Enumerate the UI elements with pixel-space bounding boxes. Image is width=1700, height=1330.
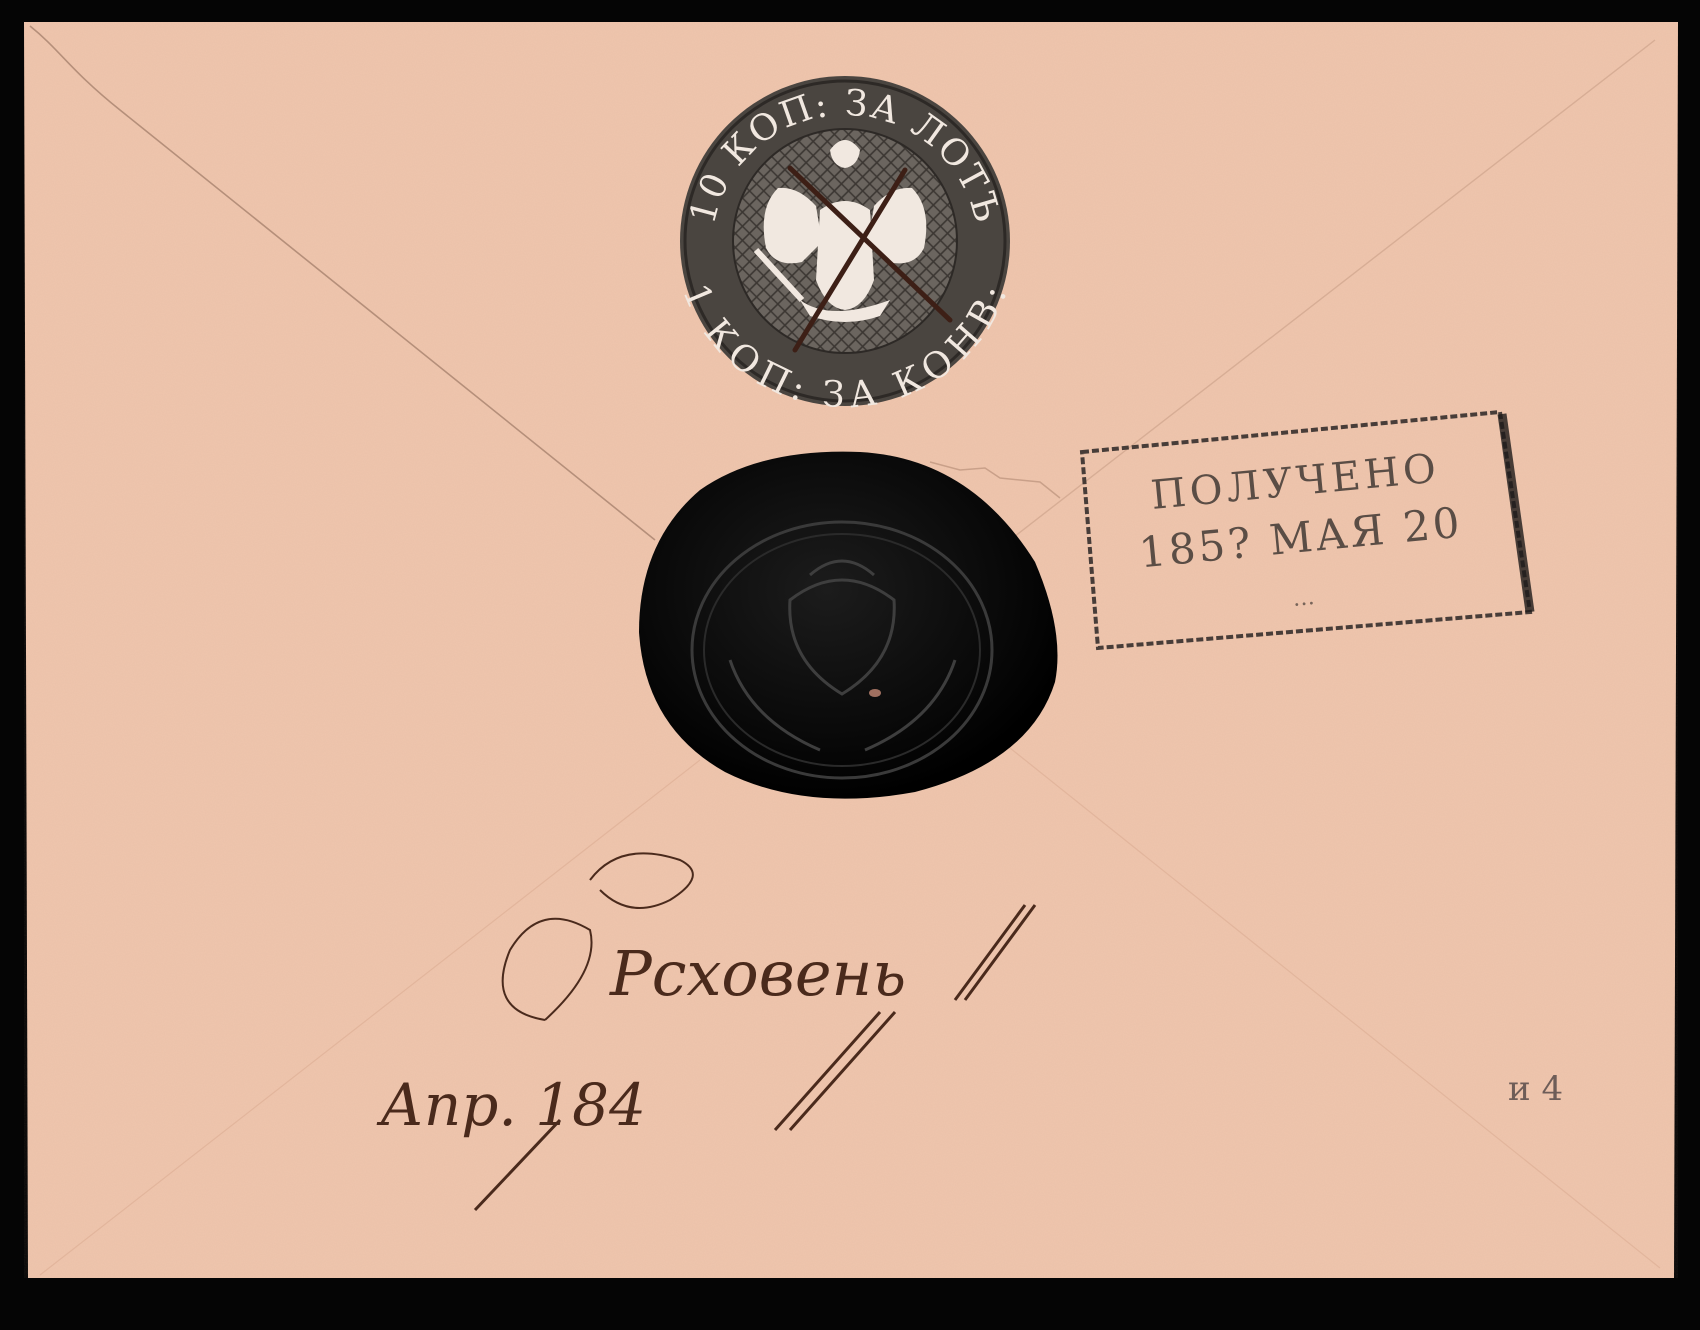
envelope-scene: 10 КОП: ЗА ЛОТЪ 1 КОП: ЗА КОНВ: ПОЛУЧЕНО…: [0, 0, 1700, 1330]
handwriting-line2: Апр. 184: [376, 1071, 646, 1139]
postmark-line3: …: [1291, 584, 1321, 612]
handwriting-line1: Рсховень: [609, 937, 906, 1010]
pencil-corner-note: и 4: [1508, 1069, 1563, 1109]
